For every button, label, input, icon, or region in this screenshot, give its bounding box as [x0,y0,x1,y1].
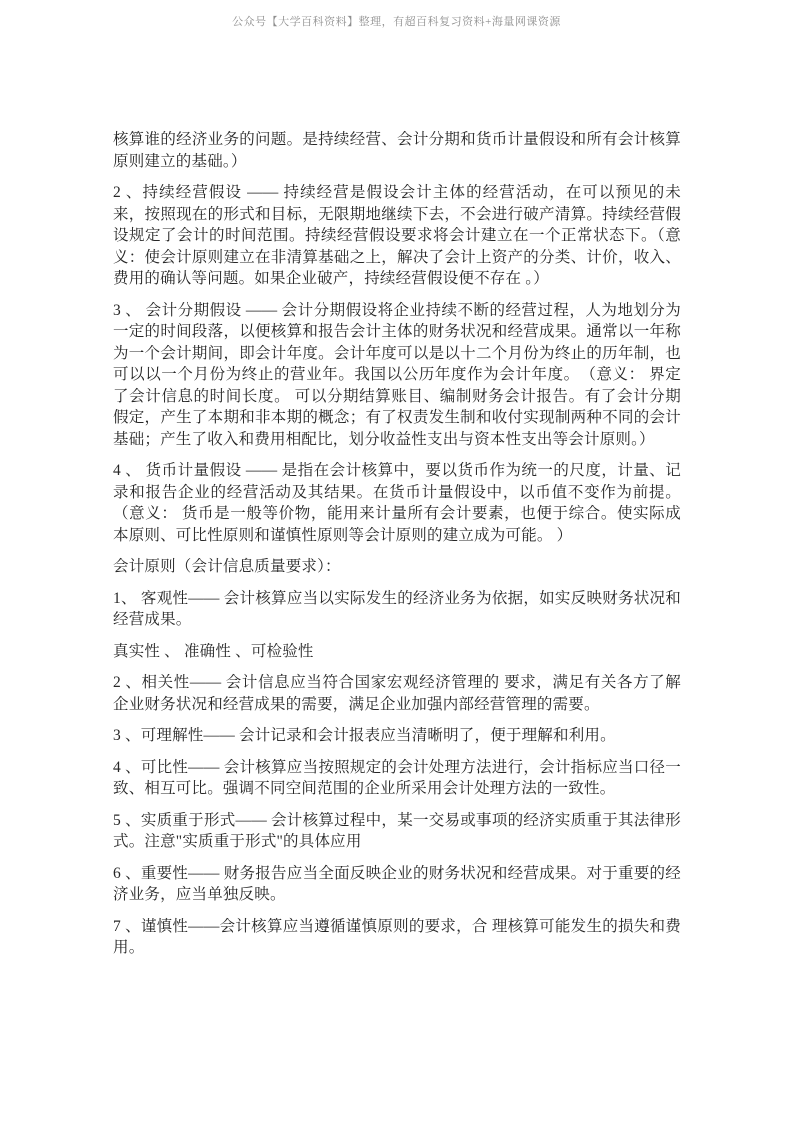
paragraph-monetary-measurement-assumption: 4 、 货币计量假设 —— 是指在会计核算中，要以货币作为统一的尺度，计量、记录… [113,460,681,546]
paragraph-relevance-principle: 2 、相关性—— 会计信息应当符合国家宏观经济管理的 要求，满足有关各方了解企业… [113,672,681,715]
heading-accounting-principles: 会计原则（会计信息质量要求）： [113,556,681,578]
paragraph-substance-over-form-principle: 5 、实质重于形式—— 会计核算过程中，某一交易或事项的经济实质重于其法律形式。… [113,810,681,853]
paragraph-accounting-period-assumption: 3 、 会计分期假设 —— 会计分期假设将企业持续不断的经营过程，人为地划分为一… [113,300,681,451]
paragraph-accounting-entity-note: 核算谁的经济业务的问题。是持续经营、会计分期和货币计量假设和所有会计核算原则建立… [113,129,681,172]
paragraph-prudence-principle: 7 、谨慎性——会计核算应当遵循谨慎原则的要求，合 理核算可能发生的损失和费用。 [113,916,681,959]
document-page: 公众号【大学百科资料】整理，有超百科复习资料+海量网课资源 核算谁的经济业务的问… [0,0,793,1122]
watermark-header: 公众号【大学百科资料】整理，有超百科复习资料+海量网课资源 [0,13,793,29]
paragraph-understandability-principle: 3 、可理解性—— 会计记录和会计报表应当清晰明了，便于理解和利用。 [113,725,681,747]
paragraph-comparability-principle: 4 、可比性—— 会计核算应当按照规定的会计处理方法进行，会计指标应当口径一致、… [113,757,681,800]
document-body: 核算谁的经济业务的问题。是持续经营、会计分期和货币计量假设和所有会计核算原则建立… [113,129,681,969]
paragraph-materiality-principle: 6 、重要性—— 财务报告应当全面反映企业的财务状况和经营成果。对于重要的经济业… [113,863,681,906]
paragraph-objectivity-principle: 1、 客观性—— 会计核算应当以实际发生的经济业务为依据，如实反映财务状况和经营… [113,588,681,631]
paragraph-objectivity-attributes: 真实性 、 准确性 、可检验性 [113,641,681,663]
paragraph-going-concern-assumption: 2 、持续经营假设 —— 持续经营是假设会计主体的经营活动，在可以预见的未来，按… [113,182,681,290]
